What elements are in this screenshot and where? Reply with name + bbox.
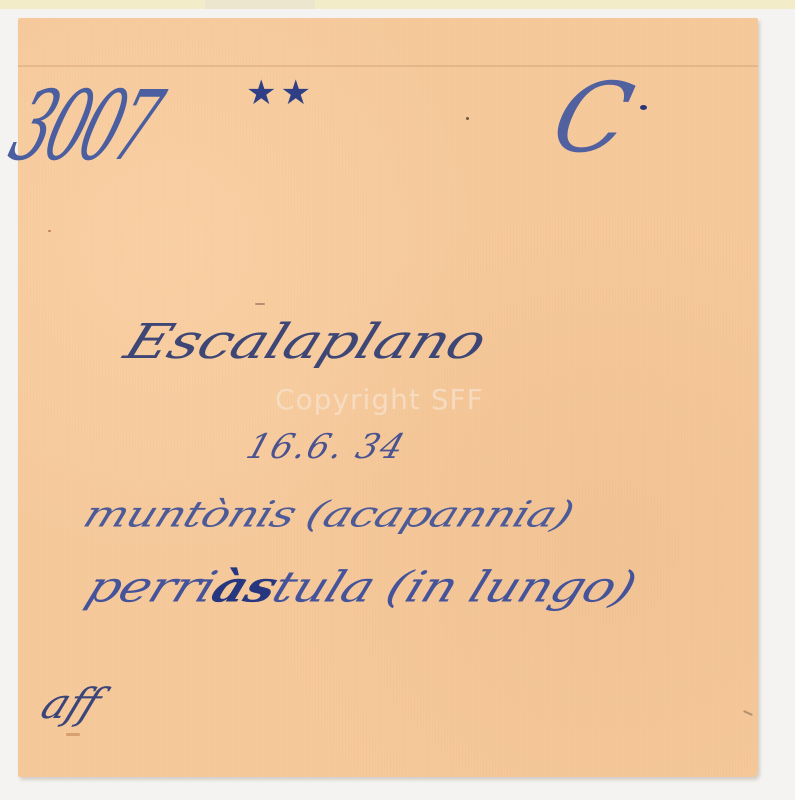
- species-line-2-post: tula (in lungo): [266, 563, 643, 612]
- paper-speck: [48, 230, 51, 232]
- paper-speck: [466, 117, 469, 120]
- paper-mark: [66, 733, 80, 736]
- paper-mark: [255, 303, 265, 305]
- copyright-watermark: Copyright SFF: [275, 386, 484, 414]
- collection-date: 16.6. 34: [242, 430, 410, 464]
- species-line-2-pre: perri: [79, 563, 222, 612]
- top-strip-gap: [205, 0, 315, 9]
- top-strip: [0, 0, 795, 9]
- species-line-1: muntònis (acapannia): [79, 496, 578, 532]
- star-rating-icon: ★★: [246, 76, 315, 110]
- species-line-2: perriàstula (in lungo): [80, 566, 641, 609]
- fold-line: [18, 65, 758, 67]
- ink-dot: [640, 105, 647, 110]
- locality-text: Escalaplano: [119, 318, 493, 366]
